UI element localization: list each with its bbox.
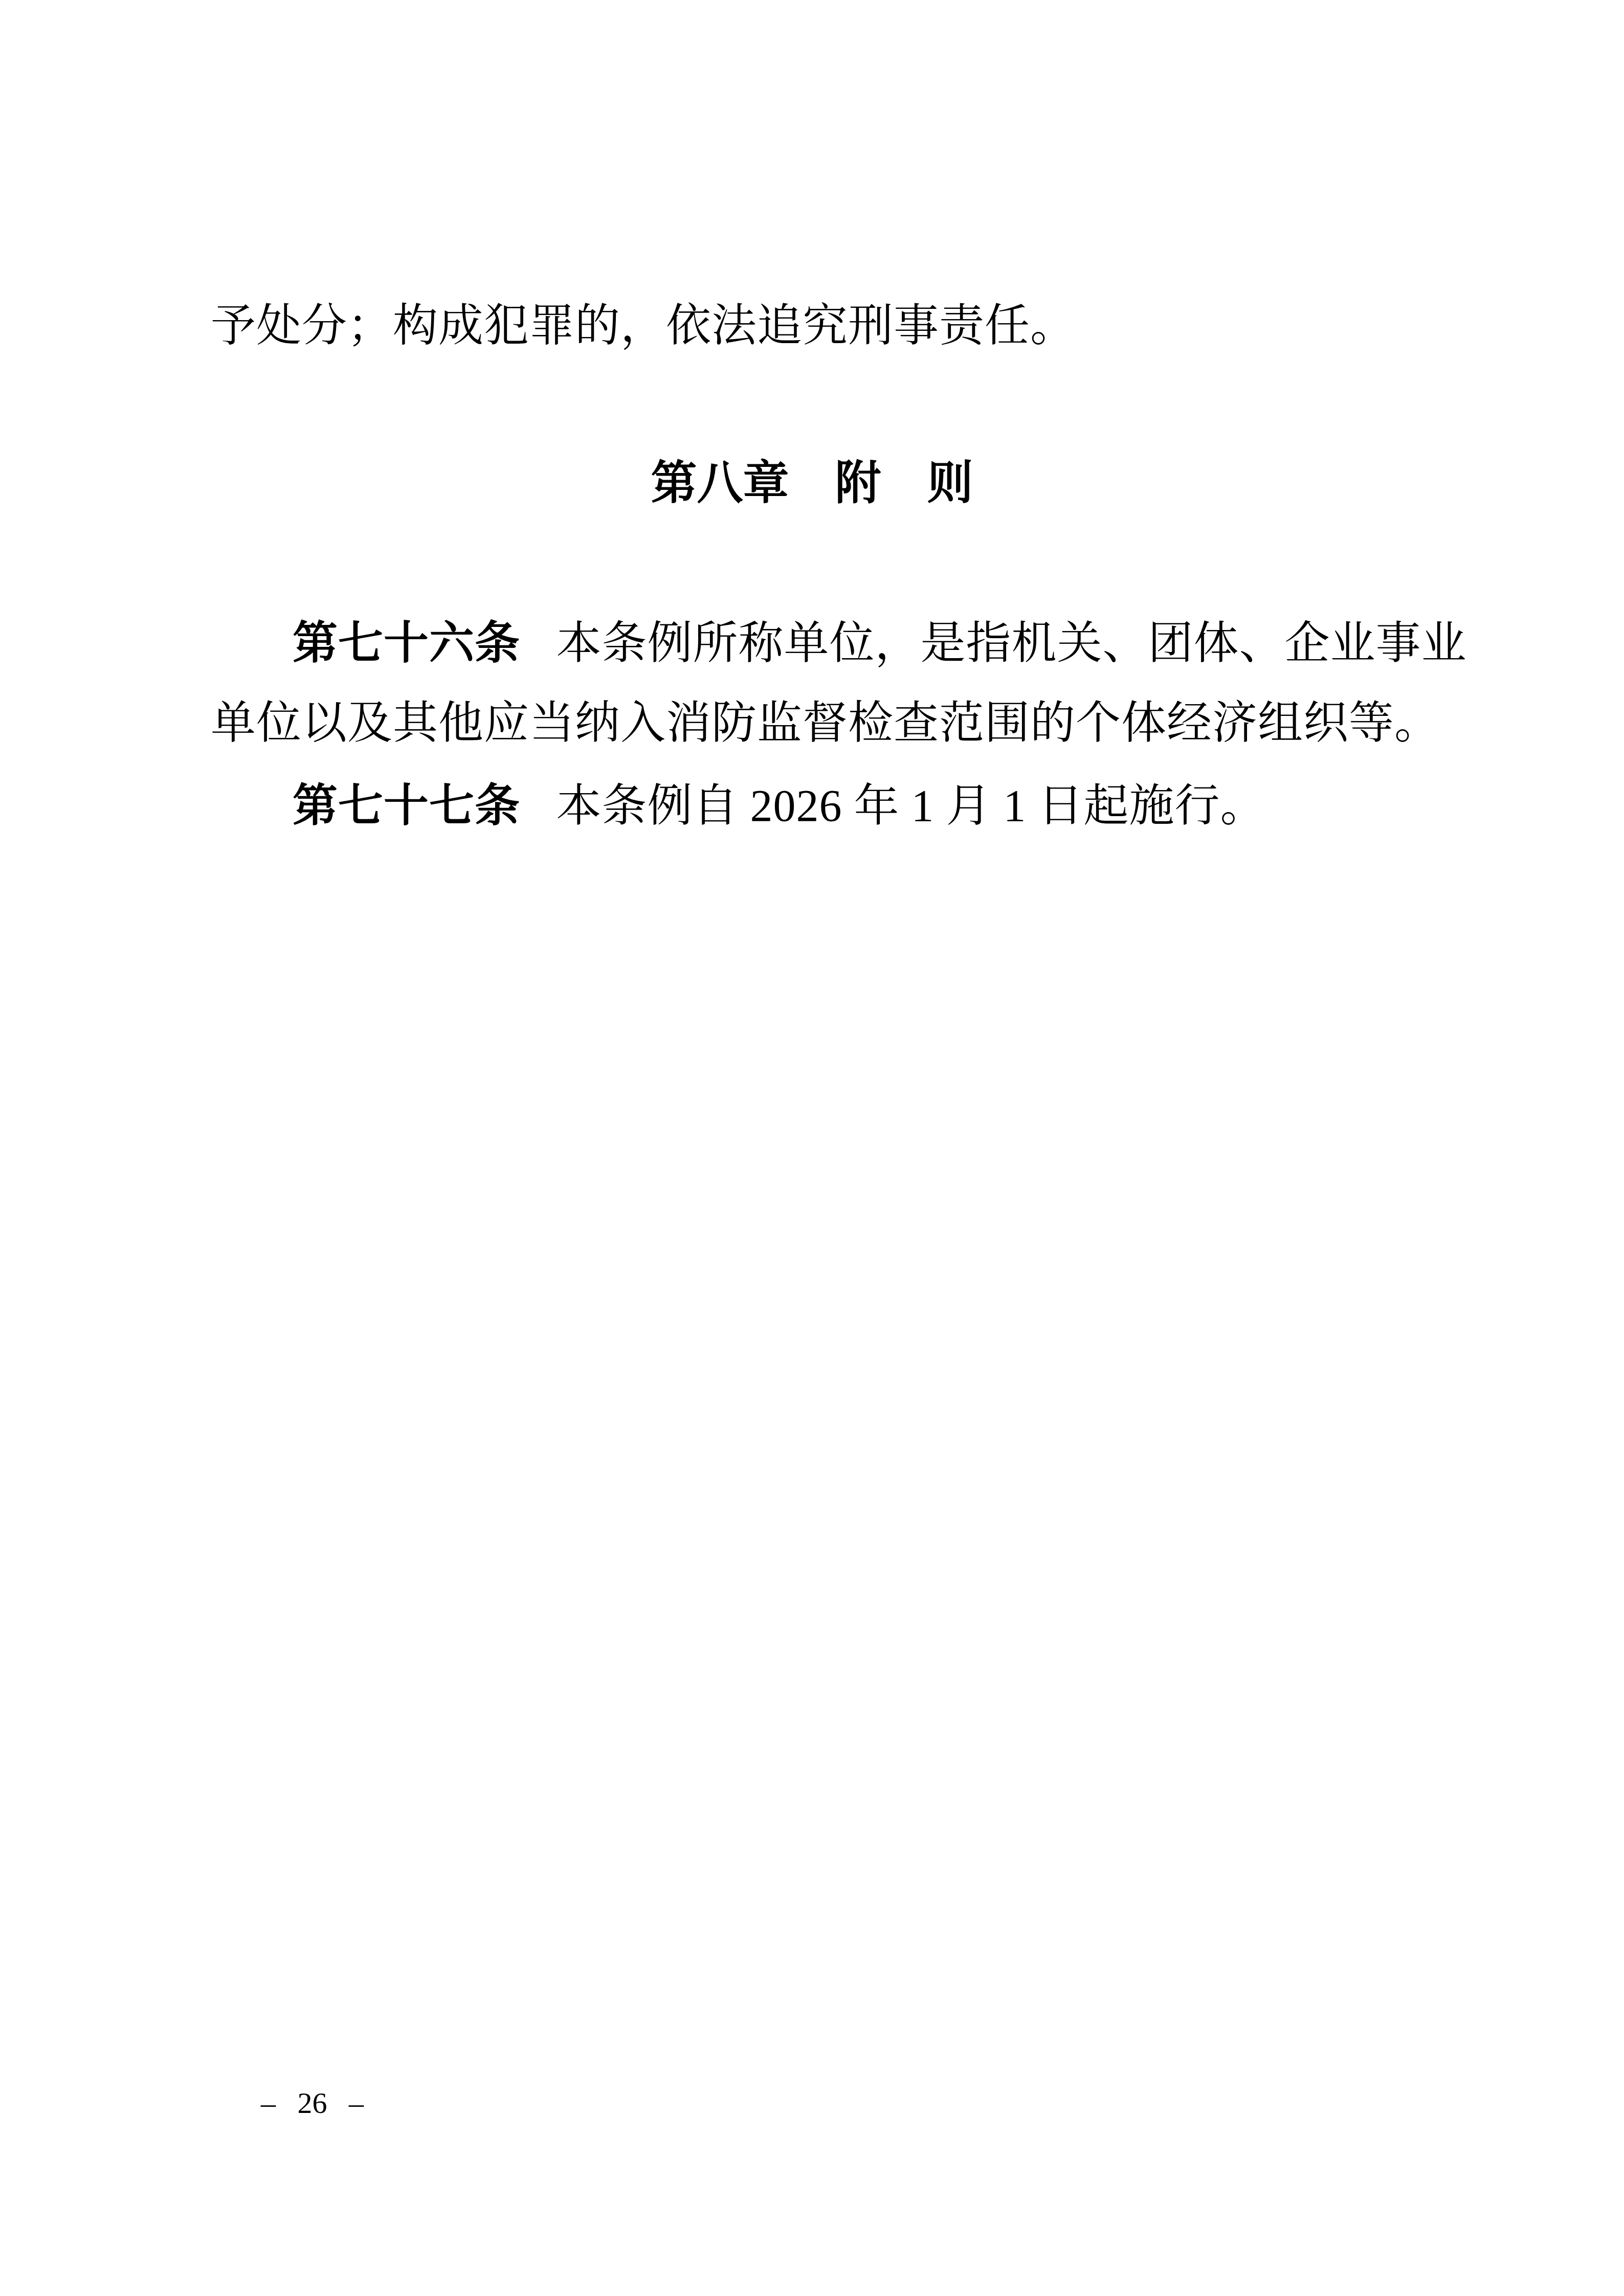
article-77-line-1: 第七十七条本条例自 2026 年 1 月 1 日起施行。 [211, 783, 1265, 829]
article-76-line-2: 单位以及其他应当纳入消防监督检查范围的个体经济组织等。 [211, 701, 1440, 746]
continuation-line: 予处分；构成犯罪的，依法追究刑事责任。 [211, 304, 1076, 349]
page-number: – 26 – [261, 2088, 364, 2118]
chapter-heading: 第八章 附 则 [0, 460, 1624, 506]
article-77-number: 第七十七条 [293, 780, 520, 830]
article-76-number: 第七十六条 [293, 617, 520, 668]
article-77-text: 本条例自 2026 年 1 月 1 日起施行。 [556, 781, 1265, 831]
article-76-line-1: 第七十六条本条例所称单位，是指机关、团体、企业事业 [211, 620, 1466, 666]
article-76-text: 本条例所称单位，是指机关、团体、企业事业 [556, 619, 1466, 668]
document-page: 予处分；构成犯罪的，依法追究刑事责任。 第八章 附 则 第七十六条本条例所称单位… [0, 0, 1624, 2296]
